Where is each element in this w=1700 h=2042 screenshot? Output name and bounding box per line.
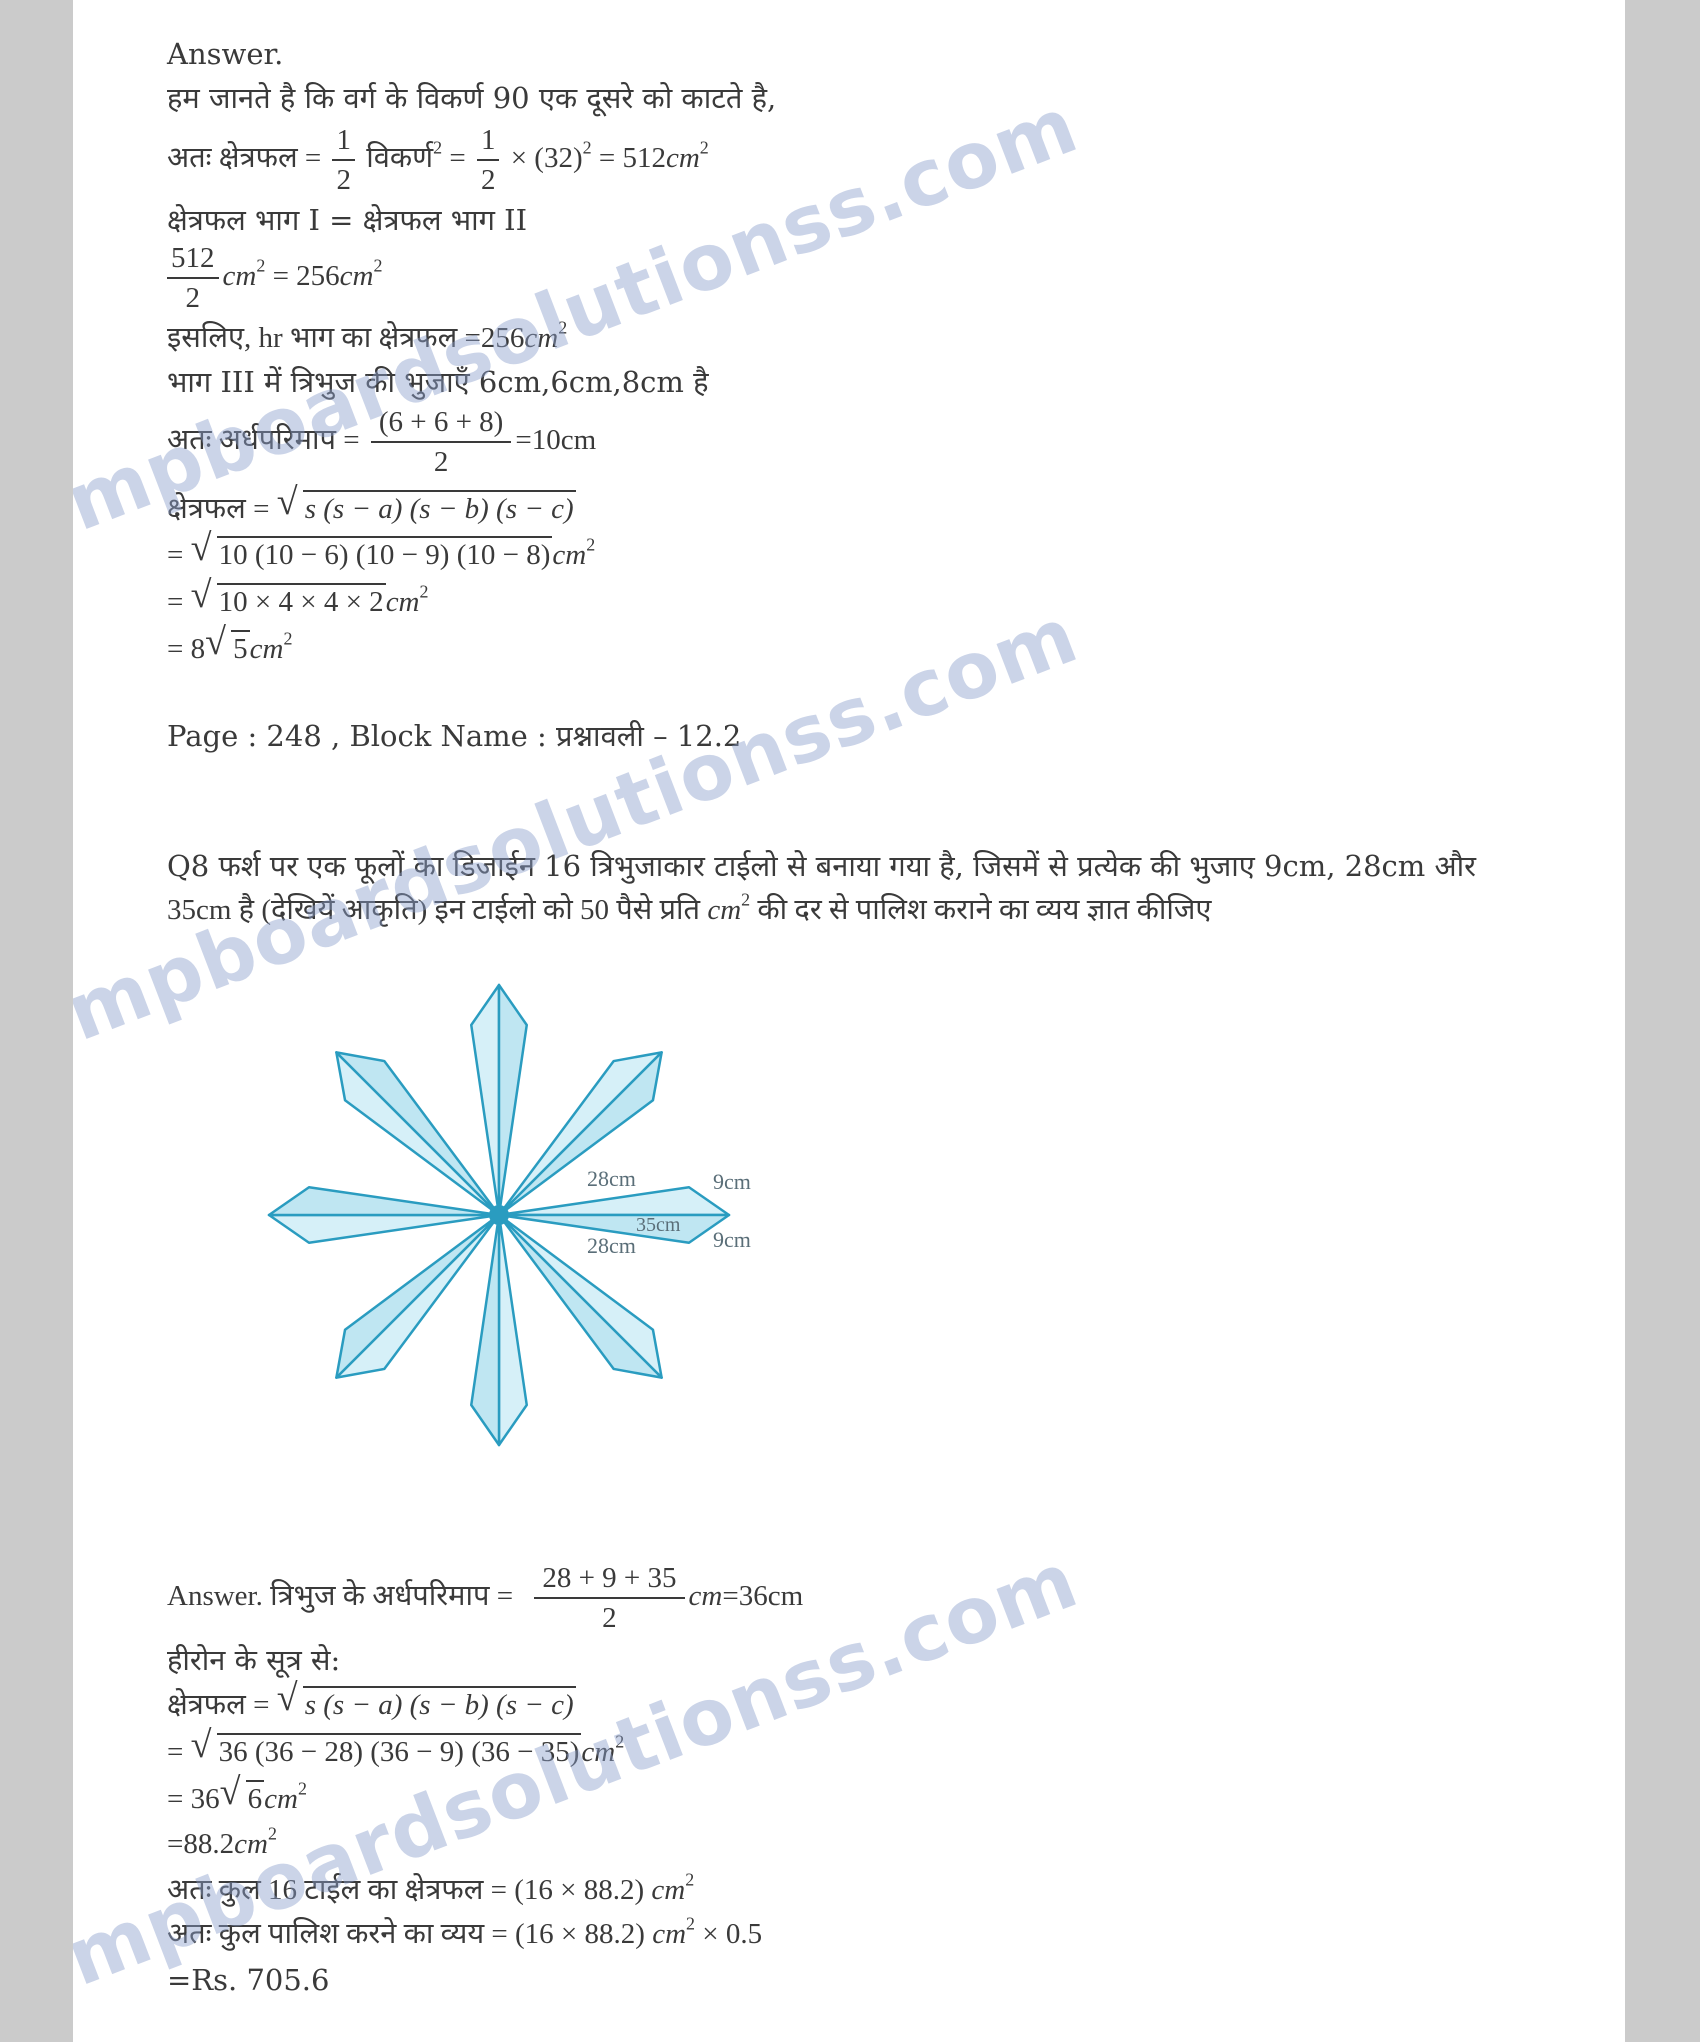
- triangle-tile: [336, 1052, 499, 1215]
- unit: cm: [223, 260, 257, 292]
- triangle-tile: [471, 985, 499, 1215]
- text: =: [442, 142, 466, 174]
- answer2-line-8: अतः कुल पालिश करने का व्यय = (16 × 88.2)…: [167, 1916, 762, 1952]
- square-root: √36 (36 − 28) (36 − 9) (36 − 35): [191, 1733, 582, 1770]
- text: =10cm: [515, 424, 596, 456]
- answer-line-6: भाग III में त्रिभुज की भुजाएँ 6cm,6cm,8c…: [167, 364, 709, 400]
- text: =36cm: [722, 1580, 803, 1612]
- text: = 8: [167, 633, 205, 665]
- exponent: 2: [615, 1732, 624, 1752]
- radical-sign-icon: √: [191, 530, 212, 566]
- triangle-tile: [499, 1052, 662, 1215]
- radicand: 10 × 4 × 4 × 2: [217, 583, 386, 619]
- radical-sign-icon: √: [277, 484, 298, 520]
- label-35cm: 35cm: [636, 1214, 681, 1236]
- triangle-tile: [471, 1215, 499, 1445]
- text: क्षेत्रफल =: [167, 493, 269, 525]
- text: की दर से पालिश कराने का व्यय ज्ञात कीजिए: [750, 894, 1211, 926]
- text: =88.2: [167, 1828, 234, 1860]
- unit: cm: [707, 894, 741, 926]
- unit: cm: [234, 1828, 268, 1860]
- numerator: 28 + 9 + 35: [534, 1559, 684, 1599]
- text: 35cm है (देखियें आकृति) इन टाईलो को 50 प…: [167, 894, 707, 926]
- text: =: [167, 1736, 191, 1768]
- text: =: [167, 539, 191, 571]
- text: × (32): [511, 142, 583, 174]
- unit: cm: [581, 1736, 615, 1768]
- label-28cm-top: 28cm: [587, 1166, 636, 1191]
- area-formula-line: अतः क्षेत्रफल = 12 विकर्ण2 = 12 × (32)2 …: [167, 118, 709, 199]
- answer-line-3: क्षेत्रफल भाग I = क्षेत्रफल भाग II: [167, 202, 527, 238]
- unit: cm: [340, 260, 374, 292]
- unit: cm: [386, 586, 420, 618]
- radical-sign-icon: √: [277, 1680, 298, 1716]
- exponent: 2: [685, 1870, 694, 1890]
- question-line-1: Q8 फर्श पर एक फूलों का डिजाईन 16 त्रिभुज…: [167, 848, 1476, 884]
- text: Answer. त्रिभुज के अर्धपरिमाप =: [167, 1580, 513, 1612]
- exponent: 2: [583, 138, 592, 158]
- fraction: 12: [332, 121, 355, 199]
- text: = 256: [265, 260, 339, 292]
- exponent: 2: [374, 256, 383, 276]
- semi-perimeter-line: अतः अर्धपरिमाप = (6 + 6 + 8)2=10cm: [167, 400, 596, 481]
- flower-tile-diagram: 28cm 9cm 35cm 28cm 9cm: [173, 975, 773, 1455]
- answer-line-5: इसलिए, hr भाग का क्षेत्रफल =256cm2: [167, 320, 567, 356]
- unit: cm: [666, 142, 700, 174]
- square-root: √10 (10 − 6) (10 − 9) (10 − 8): [191, 536, 553, 573]
- answer2-heron-formula: क्षेत्रफल = √s (s − a) (s − b) (s − c): [167, 1686, 576, 1723]
- denominator: 2: [167, 279, 219, 317]
- text: अतः क्षेत्रफल =: [167, 142, 321, 174]
- answer2-semi-perimeter: Answer. त्रिभुज के अर्धपरिमाप = 28 + 9 +…: [167, 1556, 803, 1637]
- answer-line-1: हम जानते है कि वर्ग के विकर्ण 90 एक दूसर…: [167, 80, 776, 116]
- radicand: 5: [231, 630, 250, 666]
- block-info: Page : 248 , Block Name : प्रश्नावली – 1…: [167, 718, 741, 754]
- half-area-line: 5122cm2 = 256cm2: [167, 236, 382, 317]
- unit: cm: [264, 1783, 298, 1815]
- square-root: √s (s − a) (s − b) (s − c): [277, 490, 576, 527]
- square-root: √5: [205, 630, 250, 667]
- text: इसलिए, hr भाग का क्षेत्रफल =256: [167, 322, 524, 354]
- answer2-line-7: अतः कुल 16 टाईल का क्षेत्रफल = (16 × 88.…: [167, 1872, 694, 1908]
- text: =: [167, 586, 191, 618]
- document-page: Answer. हम जानते है कि वर्ग के विकर्ण 90…: [73, 0, 1625, 2042]
- triangle-tile: [269, 1215, 499, 1243]
- denominator: 2: [332, 161, 355, 199]
- unit: cm: [250, 633, 284, 665]
- square-root: √s (s − a) (s − b) (s − c): [277, 1686, 576, 1723]
- answer2-line-2: हीरोन के सूत्र से:: [167, 1642, 340, 1678]
- unit: cm: [652, 1918, 686, 1950]
- square-root: √10 × 4 × 4 × 2: [191, 583, 386, 620]
- radicand: 10 (10 − 6) (10 − 9) (10 − 8): [217, 536, 553, 572]
- text: = 36: [167, 1783, 220, 1815]
- text: × 0.5: [695, 1918, 762, 1950]
- radical-sign-icon: √: [191, 1727, 212, 1763]
- exponent: 2: [420, 582, 429, 602]
- exponent: 2: [268, 1824, 277, 1844]
- text: अतः अर्धपरिमाप =: [167, 424, 360, 456]
- square-root: √6: [220, 1780, 265, 1817]
- label-28cm-bottom: 28cm: [587, 1233, 636, 1258]
- numerator: 1: [332, 121, 355, 161]
- exponent: 2: [700, 138, 709, 158]
- triangle-tile: [336, 1215, 499, 1378]
- text: क्षेत्रफल =: [167, 1689, 269, 1721]
- text: विकर्ण: [366, 142, 433, 174]
- exponent: 2: [256, 256, 265, 276]
- exponent: 2: [586, 535, 595, 555]
- heron-formula-line: क्षेत्रफल = √s (s − a) (s − b) (s − c): [167, 490, 576, 527]
- fraction: (6 + 6 + 8)2: [371, 403, 512, 481]
- unit: cm: [524, 322, 558, 354]
- radicand: s (s − a) (s − b) (s − c): [303, 490, 576, 526]
- radical-sign-icon: √: [191, 577, 212, 613]
- fraction: 12: [477, 121, 500, 199]
- text: अतः कुल पालिश करने का व्यय = (16 × 88.2): [167, 1918, 652, 1950]
- exponent: 2: [741, 890, 750, 910]
- label-9cm-top: 9cm: [713, 1169, 751, 1194]
- answer2-line-4: = √36 (36 − 28) (36 − 9) (36 − 35)cm2: [167, 1733, 624, 1770]
- denominator: 2: [534, 1599, 684, 1637]
- exponent: 2: [433, 138, 442, 158]
- denominator: 2: [477, 161, 500, 199]
- radicand: 36 (36 − 28) (36 − 9) (36 − 35): [217, 1733, 582, 1769]
- unit: cm: [651, 1874, 685, 1906]
- radicand: s (s − a) (s − b) (s − c): [303, 1686, 576, 1722]
- radicand: 6: [246, 1780, 265, 1816]
- question-line-2: 35cm है (देखियें आकृति) इन टाईलो को 50 प…: [167, 892, 1211, 928]
- answer-line-9: = √10 (10 − 6) (10 − 9) (10 − 8)cm2: [167, 536, 595, 573]
- triangle-tile: [499, 985, 527, 1215]
- unit: cm: [552, 539, 586, 571]
- fraction: 28 + 9 + 352: [534, 1559, 684, 1637]
- text: = 512: [592, 142, 666, 174]
- exponent: 2: [558, 318, 567, 338]
- triangle-tile: [499, 1215, 527, 1445]
- answer-label: Answer.: [167, 36, 283, 72]
- numerator: 1: [477, 121, 500, 161]
- radical-sign-icon: √: [205, 624, 226, 660]
- denominator: 2: [371, 443, 512, 481]
- exponent: 2: [298, 1779, 307, 1799]
- text: अतः कुल 16 टाईल का क्षेत्रफल = (16 × 88.…: [167, 1874, 651, 1906]
- label-9cm-bottom: 9cm: [713, 1227, 751, 1252]
- triangle-tile: [499, 1187, 729, 1215]
- exponent: 2: [283, 629, 292, 649]
- answer-line-10: = √10 × 4 × 4 × 2cm2: [167, 583, 429, 620]
- exponent: 2: [686, 1914, 695, 1934]
- unit: cm: [689, 1580, 723, 1612]
- radical-sign-icon: √: [220, 1774, 241, 1810]
- center-point: [489, 1205, 509, 1225]
- fraction: 5122: [167, 239, 219, 317]
- final-answer: =Rs. 705.6: [167, 1962, 329, 1998]
- numerator: (6 + 6 + 8): [371, 403, 512, 443]
- answer2-line-5: = 36√6cm2: [167, 1780, 307, 1817]
- answer-line-11: = 8√5cm2: [167, 630, 292, 667]
- numerator: 512: [167, 239, 219, 279]
- triangle-tile: [269, 1187, 499, 1215]
- triangle-tile: [499, 1215, 662, 1378]
- answer2-line-6: =88.2cm2: [167, 1826, 277, 1862]
